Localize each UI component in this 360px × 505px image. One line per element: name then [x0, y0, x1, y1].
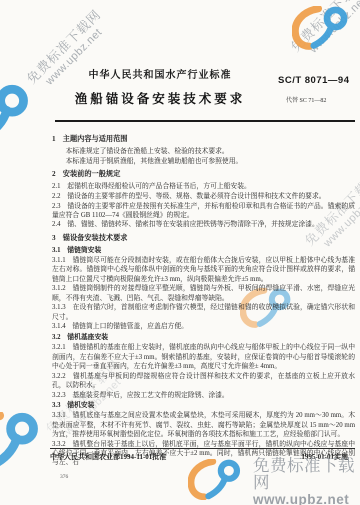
section-heading: 2 安装前的一般规定: [52, 170, 355, 180]
section-heading: 3.3 锚机安装: [52, 401, 355, 410]
watermark-site-url: www.upbz.net: [253, 493, 360, 505]
paragraph: 2.4 锚、锚链、锚链转环、锚索扣等在安装前应把铁锈等污物清除干净，并按规定涂漆…: [52, 220, 355, 229]
paragraph: 2.1 起锚机在取得经船检认可的产品合格证书后，方可上船安装。: [52, 182, 355, 191]
watermark-site-name: 免费标准下载网: [277, 0, 360, 67]
watermark-site-name: 免费标准下载网: [13, 0, 115, 99]
watermark-site-url: www.upbz.net: [288, 0, 360, 76]
paragraph: 3.2.1 锚链锚机的基座在船上安装时，锚机底座的纵向中心线应与船体甲板上的中心…: [52, 343, 355, 371]
footer-rule: [50, 448, 355, 449]
document-body: 1 主题内容与适用范围本标准规定了锚设备在渔船上安装、检验的技术要求。本标准适用…: [52, 131, 355, 468]
section-heading: 3.2 锚机基座安装: [52, 333, 355, 342]
paragraph: 2.2 锚设备的主要零部件的型号、等级、规格、数量必须符合设计图样和技术文件的要…: [52, 192, 355, 201]
paragraph: 3.1.3 在设有锚穴时，首制船应考虑制作锚穴模型，经过锚链和锚的收放模拟试验，…: [52, 303, 355, 321]
section-heading: 3 锚设备安装技术要求: [52, 234, 355, 244]
section-heading: 1 主题内容与适用范围: [52, 135, 355, 145]
watermark-text-top-right: 免费标准下载网 www.upbz.net: [277, 0, 360, 76]
section-heading: 3.1 锚链筒安装: [52, 246, 355, 255]
page-number: 376: [60, 474, 68, 480]
standard-number: SC/T 8071—94: [278, 75, 349, 86]
effective-date: 1995-01-01实施: [301, 452, 348, 462]
header-rule: [55, 120, 355, 122]
standard-org-line: 中华人民共和国水产行业标准: [0, 66, 320, 81]
paragraph: 3.1.2 锚链筒钢制件的对接焊缝应平整光顺，锚链筒与外板、甲板间的焊缝应平滑、…: [52, 284, 355, 302]
footer: 中华人民共和国农业部1994-11-01批准 1995-01-01实施: [50, 452, 348, 462]
replaces-note: 代替 SC 71—82: [286, 95, 326, 104]
page-title: 渔船锚设备安装技术要求: [0, 89, 320, 107]
upbz-logo-icon: [292, 6, 358, 50]
paragraph: 2.3 锚设备的主要零部件应是按照有关标准生产，并标有船检印章和具有合格证书的产…: [52, 202, 355, 220]
paragraph: 3.3.1 锚机底座与基座之间应设置木垫或金属垫块，木垫可采用硬木，厚度约为 2…: [52, 411, 355, 439]
paragraph: 3.1.4 锚链筒上口的锚链管盖，应盖启方便。: [52, 322, 355, 331]
upbz-logo-icon: [0, 412, 52, 470]
paragraph: 3.2.3 基座装妥焊牢后，应按工艺文件的规定除锈、涂漆。: [52, 391, 355, 400]
paragraph: 3.2.2 锚机基座与甲板间的焊接规格应符合设计图样和技术文件的要求，在基座的立…: [52, 372, 355, 390]
paragraph: 3.1.1 锚链筒尽可能在分段制造时安装，或在船台船体大合拢后安装，应以甲板上船…: [52, 256, 355, 284]
paragraph: 本标准适用于钢质渔船，其他渔业辅助船舶也可参照使用。: [52, 157, 355, 166]
paragraph: 本标准规定了锚设备在渔船上安装、检验的技术要求。: [52, 147, 355, 156]
document-page: 免费标准下载网 www.upbz.net 免费标准下载网 www.upbz.ne…: [0, 0, 360, 505]
approval-note: 中华人民共和国农业部1994-11-01批准: [50, 452, 166, 462]
